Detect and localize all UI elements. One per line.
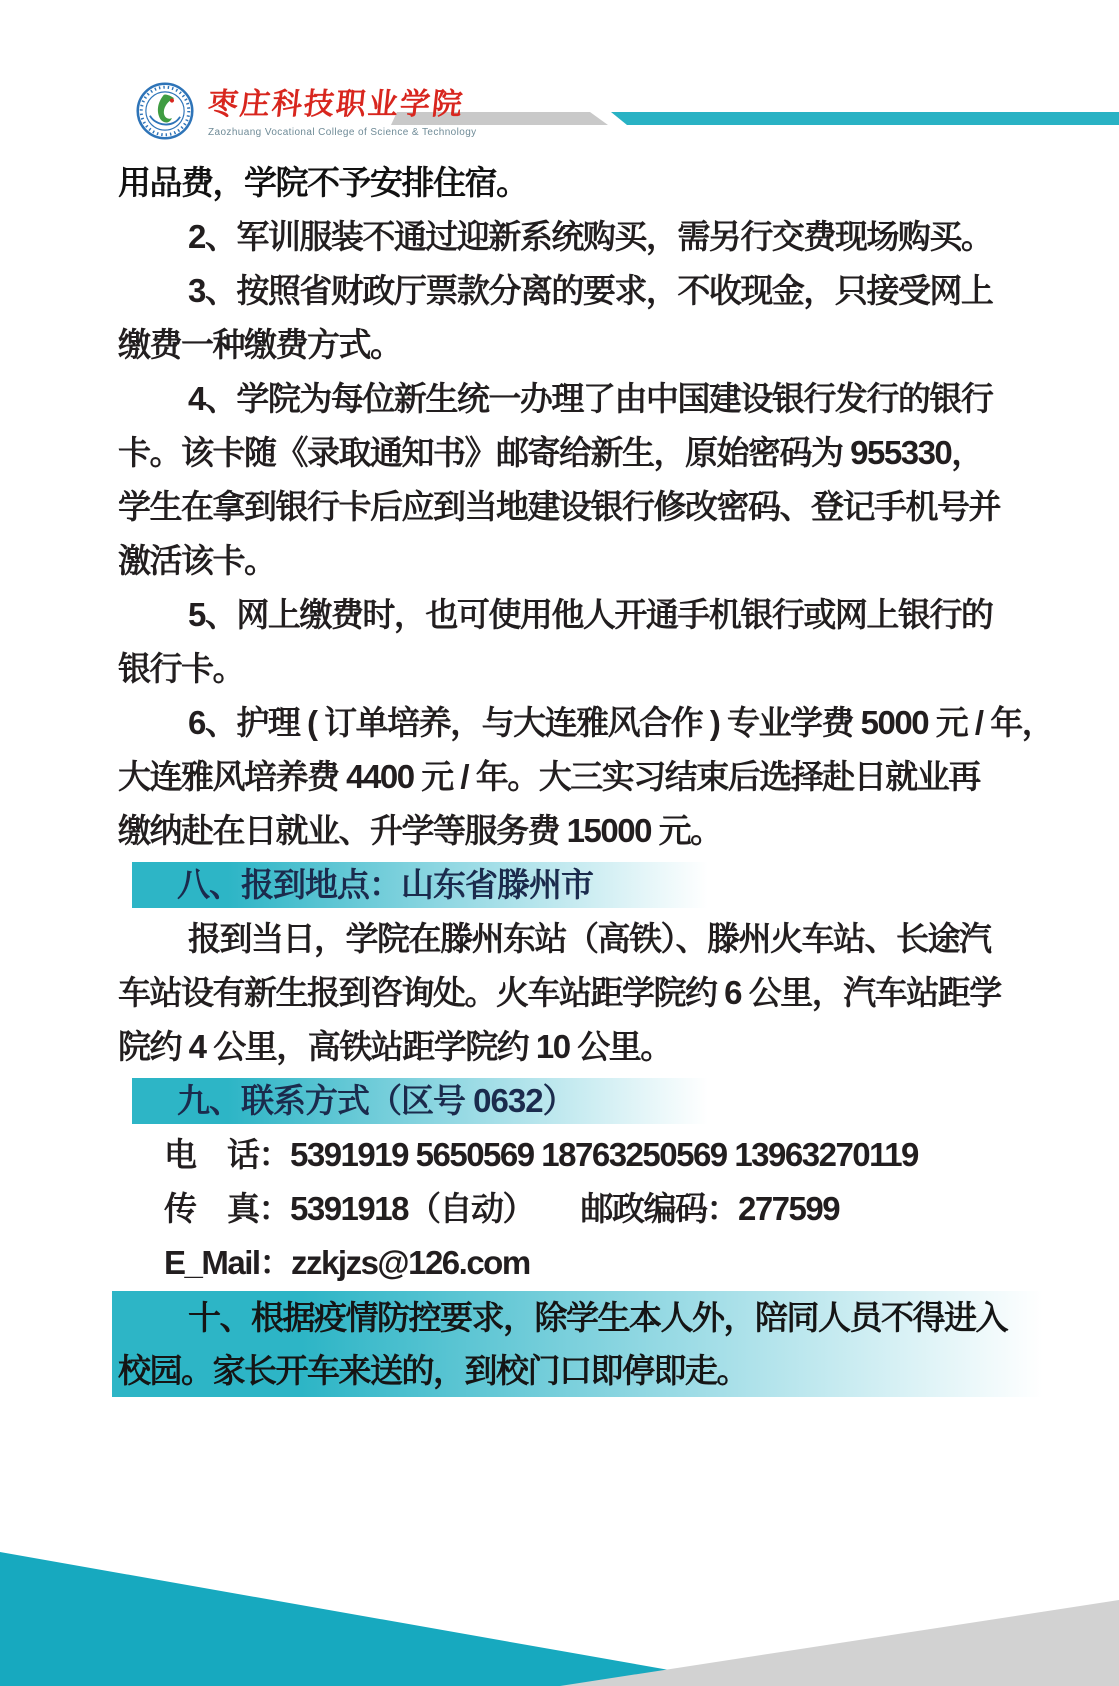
paragraph-line: 6、护理 ( 订单培养，与大连雅风合作 ) 专业学费 5000 元 / 年， xyxy=(118,696,1002,750)
section-heading-band: 八、报到地点：山东省滕州市 xyxy=(132,862,732,908)
bottom-decor-teal-triangle xyxy=(0,1552,760,1686)
section-heading-text: 校园。家长开车来送的，到校门口即停即走。 xyxy=(112,1344,1062,1397)
paragraph-line: 银行卡。 xyxy=(118,642,1002,696)
paragraph-line: 缴费一种缴费方式。 xyxy=(118,318,1002,372)
paragraph-line: 院约 4 公里，高铁站距学院约 10 公里。 xyxy=(118,1020,1002,1074)
paragraph-line: 2、军训服装不通过迎新系统购买，需另行交费现场购买。 xyxy=(118,210,1002,264)
college-emblem-icon xyxy=(136,82,194,140)
paragraph-line: 车站设有新生报到咨询处。火车站距学院约 6 公里，汽车站距学 xyxy=(118,966,1002,1020)
paragraph-line: 学生在拿到银行卡后应到当地建设银行修改密码、登记手机号并 xyxy=(118,480,1002,534)
paragraph-line: 5、网上缴费时，也可使用他人开通手机银行或网上银行的 xyxy=(118,588,1002,642)
document-body: 用品费，学院不予安排住宿。2、军训服装不通过迎新系统购买，需另行交费现场购买。3… xyxy=(118,156,1002,1398)
college-name: 枣庄科技职业学院 xyxy=(206,88,478,122)
header-accent-bar-teal xyxy=(607,112,1119,125)
paragraph-line: 缴纳赴在日就业、升学等服务费 15000 元。 xyxy=(118,804,1002,858)
paragraph-line: 3、按照省财政厅票款分离的要求，不收现金，只接受网上 xyxy=(118,264,1002,318)
paragraph-line: E_Mail：zzkjzs@126.com xyxy=(118,1236,1002,1290)
college-name-english: Zaozhuang Vocational College of Science … xyxy=(208,127,477,138)
section-heading-band: 九、联系方式（区号 0632） xyxy=(132,1078,732,1124)
paragraph-line: 4、学院为每位新生统一办理了由中国建设银行发行的银行 xyxy=(118,372,1002,426)
paragraph-line: 传 真：5391918（自动） 邮政编码：277599 xyxy=(118,1182,1002,1236)
college-logo: 枣庄科技职业学院 Zaozhuang Vocational College of… xyxy=(136,82,477,140)
section-heading-text: 九、联系方式（区号 0632） xyxy=(132,1078,732,1124)
section-heading-text: 十、根据疫情防控要求，除学生本人外，陪同人员不得进入 xyxy=(112,1291,1062,1344)
section-heading-text: 八、报到地点：山东省滕州市 xyxy=(132,862,732,908)
paragraph-line: 电 话：5391919 5650569 18763250569 13963270… xyxy=(118,1128,1002,1182)
paragraph-line: 报到当日，学院在滕州东站（高铁）、滕州火车站、长途汽 xyxy=(118,912,1002,966)
paragraph-line: 卡。该卡随《录取通知书》邮寄给新生，原始密码为 955330， xyxy=(118,426,1002,480)
college-logo-text: 枣庄科技职业学院 Zaozhuang Vocational College of… xyxy=(208,82,477,138)
page: 枣庄科技职业学院 Zaozhuang Vocational College of… xyxy=(0,0,1119,1686)
paragraph-line: 大连雅风培养费 4400 元 / 年。大三实习结束后选择赴日就业再 xyxy=(118,750,1002,804)
paragraph-line: 激活该卡。 xyxy=(118,534,1002,588)
section-heading-band: 十、根据疫情防控要求，除学生本人外，陪同人员不得进入校园。家长开车来送的，到校门… xyxy=(112,1291,1062,1397)
paragraph-line-bold: 用品费，学院不予安排住宿。 xyxy=(118,156,1002,210)
